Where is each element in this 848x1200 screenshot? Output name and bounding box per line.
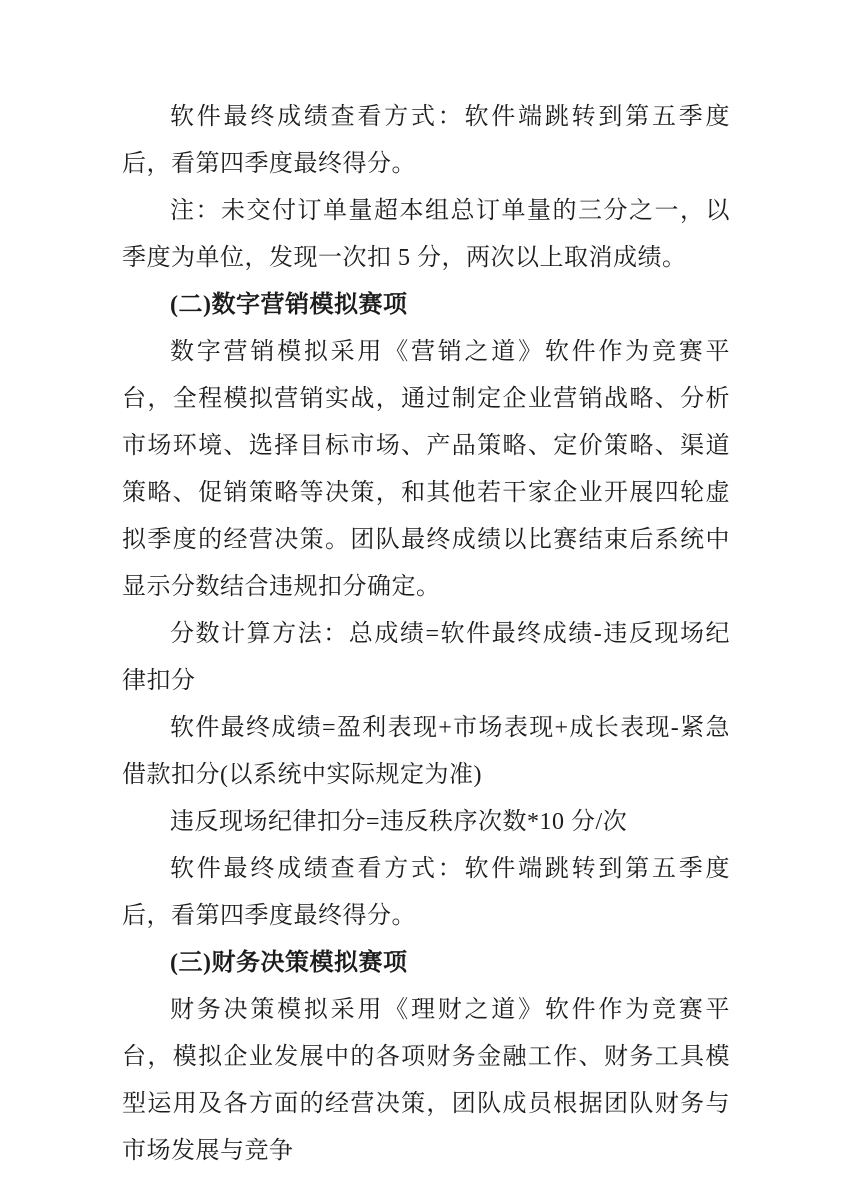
paragraph: 数字营销模拟采用《营销之道》软件作为竞赛平台，全程模拟营销实战，通过制定企业营销… (122, 329, 730, 611)
document-body: 软件最终成绩查看方式：软件端跳转到第五季度后，看第四季度最终得分。注：未交付订单… (122, 94, 730, 1175)
paragraph: 软件最终成绩查看方式：软件端跳转到第五季度后，看第四季度最终得分。 (122, 94, 730, 188)
section-heading: (三)财务决策模拟赛项 (122, 940, 730, 987)
paragraph: 财务决策模拟采用《理财之道》软件作为竞赛平台，模拟企业发展中的各项财务金融工作、… (122, 987, 730, 1175)
paragraph: 注：未交付订单量超本组总订单量的三分之一，以季度为单位，发现一次扣 5 分，两次… (122, 188, 730, 282)
paragraph: 软件最终成绩=盈利表现+市场表现+成长表现-紧急借款扣分(以系统中实际规定为准) (122, 705, 730, 799)
document-page: 软件最终成绩查看方式：软件端跳转到第五季度后，看第四季度最终得分。注：未交付订单… (0, 0, 848, 1200)
paragraph: 软件最终成绩查看方式：软件端跳转到第五季度后，看第四季度最终得分。 (122, 846, 730, 940)
section-heading: (二)数字营销模拟赛项 (122, 282, 730, 329)
paragraph: 违反现场纪律扣分=违反秩序次数*10 分/次 (122, 799, 730, 846)
paragraph: 分数计算方法：总成绩=软件最终成绩-违反现场纪律扣分 (122, 611, 730, 705)
